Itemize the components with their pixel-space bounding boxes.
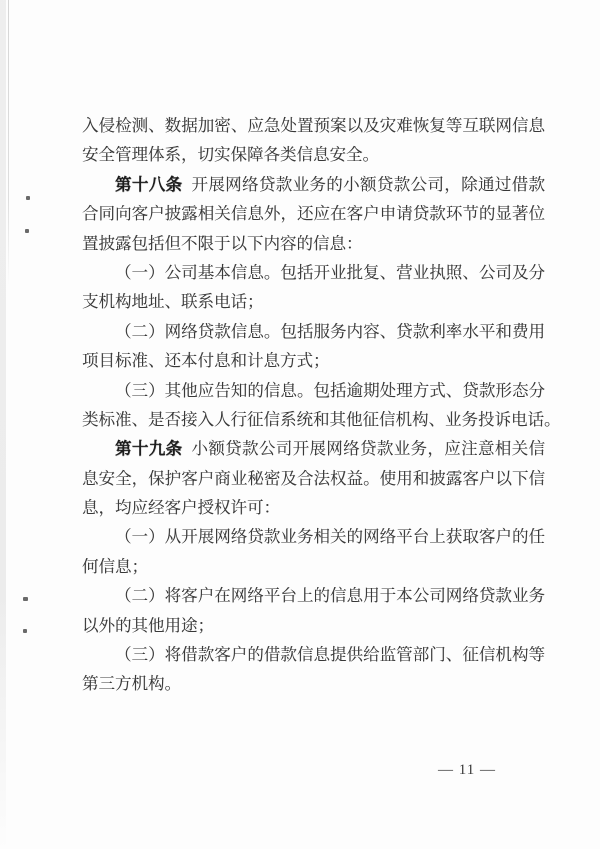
- text-line: （一）公司基本信息。包括开业批复、营业执照、公司及分: [82, 258, 545, 287]
- text-line-content: （三）将借款客户的借款信息提供给监管部门、征信机构等: [115, 645, 545, 664]
- page-number: — 11 —: [438, 762, 518, 779]
- text-line-content: 何信息；: [82, 557, 148, 576]
- text-line-content: （一）公司基本信息。包括开业批复、营业执照、公司及分: [115, 263, 545, 282]
- text-line-content: 以外的其他用途；: [82, 616, 214, 635]
- scan-edge-shadow: [0, 0, 6, 849]
- text-line-content: 置披露包括但不限于以下内容的信息：: [82, 234, 363, 253]
- text-line-content: 息安全，保护客户商业秘密及合法权益。使用和披露客户以下信: [82, 469, 545, 488]
- text-line-content: （一）从开展网络贷款业务相关的网络平台上获取客户的任: [115, 527, 545, 546]
- text-line: （二）网络贷款信息。包括服务内容、贷款利率水平和费用: [82, 317, 545, 346]
- text-line: 以外的其他用途；: [82, 611, 545, 640]
- text-line: （一）从开展网络贷款业务相关的网络平台上获取客户的任: [82, 522, 545, 551]
- scan-speck: [23, 597, 28, 601]
- text-line-content: 开展网络贷款业务的小额贷款公司，除通过借款: [191, 175, 545, 194]
- text-line: 息安全，保护客户商业秘密及合法权益。使用和披露客户以下信: [82, 464, 545, 493]
- text-line-content: （二）将客户在网络平台上的信息用于本公司网络贷款业务: [115, 586, 545, 605]
- text-line: 第三方机构。: [82, 669, 545, 698]
- text-line-content: （三）其他应告知的信息。包括逾期处理方式、贷款形态分: [115, 381, 545, 400]
- scan-edge-line: [8, 0, 9, 285]
- text-line: （二）将客户在网络平台上的信息用于本公司网络贷款业务: [82, 581, 545, 610]
- text-line-content: 合同向客户披露相关信息外，还应在客户申请贷款环节的显著位: [82, 204, 545, 223]
- text-line: 类标准、是否接入人行征信系统和其他征信机构、业务投诉电话。: [82, 405, 545, 434]
- text-line: （三）其他应告知的信息。包括逾期处理方式、贷款形态分: [82, 376, 545, 405]
- scan-speck: [25, 229, 29, 233]
- text-line-content: 小额贷款公司开展网络贷款业务，应注意相关信: [191, 439, 545, 458]
- text-line: 置披露包括但不限于以下内容的信息：: [82, 229, 545, 258]
- text-line-content: 息，均应经客户授权许可：: [82, 498, 280, 517]
- article-heading: 第十八条: [115, 175, 182, 194]
- text-line: （三）将借款客户的借款信息提供给监管部门、征信机构等: [82, 640, 545, 669]
- text-line-content: 入侵检测、数据加密、应急处置预案以及灾难恢复等互联网信息: [82, 116, 545, 135]
- text-line: 项目标准、还本付息和计息方式；: [82, 346, 545, 375]
- document-body: 入侵检测、数据加密、应急处置预案以及灾难恢复等互联网信息安全管理体系，切实保障各…: [82, 111, 545, 699]
- scan-speck: [23, 629, 27, 633]
- text-line: 支机构地址、联系电话；: [82, 287, 545, 316]
- scan-speck: [26, 196, 30, 200]
- text-line-content: （二）网络贷款信息。包括服务内容、贷款利率水平和费用: [115, 322, 545, 341]
- text-line-content: 第三方机构。: [82, 674, 181, 693]
- text-line-content: 项目标准、还本付息和计息方式；: [82, 351, 330, 370]
- text-line: 合同向客户披露相关信息外，还应在客户申请贷款环节的显著位: [82, 199, 545, 228]
- article-heading: 第十九条: [115, 439, 182, 458]
- text-line: 第十九条小额贷款公司开展网络贷款业务，应注意相关信: [82, 434, 545, 463]
- text-line-content: 类标准、是否接入人行征信系统和其他征信机构、业务投诉电话。: [82, 410, 561, 429]
- text-line: 安全管理体系，切实保障各类信息安全。: [82, 140, 545, 169]
- text-line: 息，均应经客户授权许可：: [82, 493, 545, 522]
- text-line: 入侵检测、数据加密、应急处置预案以及灾难恢复等互联网信息: [82, 111, 545, 140]
- text-line-content: 支机构地址、联系电话；: [82, 292, 264, 311]
- text-line-content: 安全管理体系，切实保障各类信息安全。: [82, 145, 379, 164]
- text-line: 第十八条开展网络贷款业务的小额贷款公司，除通过借款: [82, 170, 545, 199]
- document-page: 入侵检测、数据加密、应急处置预案以及灾难恢复等互联网信息安全管理体系，切实保障各…: [0, 0, 600, 849]
- text-line: 何信息；: [82, 552, 545, 581]
